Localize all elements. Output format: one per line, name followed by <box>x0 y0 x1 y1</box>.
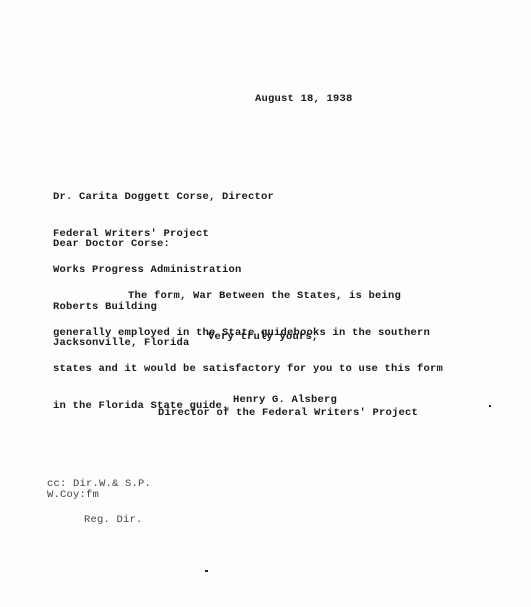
scan-speck <box>489 405 491 407</box>
salutation: Dear Doctor Corse: <box>53 238 170 250</box>
cc-line: Reg. Dir. <box>47 514 151 526</box>
recipient-line: Dr. Carita Doggett Corse, Director <box>53 191 274 204</box>
typist-initials: W.Coy:fm <box>47 489 99 501</box>
signature-title: Director of the Federal Writers' Project <box>158 407 418 419</box>
scan-speck <box>205 570 208 572</box>
letter-page: August 18, 1938 Dr. Carita Doggett Corse… <box>0 0 531 607</box>
body-line: The form, War Between the States, is bei… <box>53 290 443 303</box>
signature-name: Henry G. Alsberg <box>233 394 337 406</box>
closing: Very truly yours, <box>208 331 319 343</box>
carbon-copy: cc: Dir.W.& S.P. Reg. Dir. <box>47 454 151 550</box>
letter-date: August 18, 1938 <box>255 93 353 105</box>
body-line: states and it would be satisfactory for … <box>53 363 443 376</box>
